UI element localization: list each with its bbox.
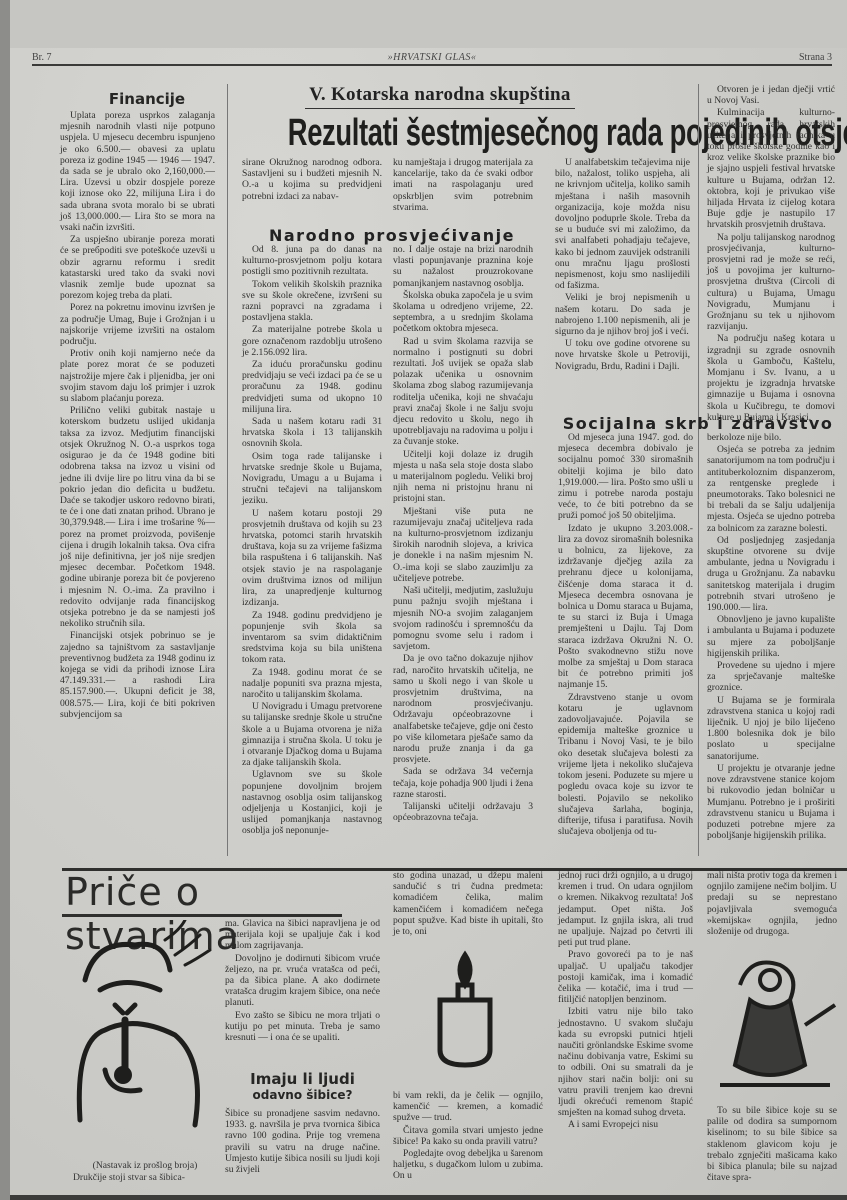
- paragraph: Za iduću proračunsku godinu predvidjaju …: [242, 359, 382, 415]
- paragraph: Od 8. juna pa do danas na kulturno-prosv…: [242, 244, 382, 278]
- paragraph: U analfabetskim tečajevima nije bilo, na…: [555, 157, 690, 291]
- paragraph: Za 1948. godinu morat će se nadalje popu…: [242, 667, 382, 701]
- paragraph: Dovoljno je dodirnuti šibicom vruće želj…: [225, 953, 380, 1009]
- paragraph: Čitava gomila stvari umjesto jedne šibic…: [393, 1125, 543, 1147]
- paragraph: Od mjeseca juna 1947. god. do mjeseca de…: [558, 432, 693, 522]
- paragraph: Talijanski učitelji održavaju 3 općeobra…: [393, 801, 533, 823]
- paragraph: Sada se održava 34 večernja tečaja, koje…: [393, 766, 533, 800]
- paragraph: U našem kotaru postoji 29 prosvjetnih dr…: [242, 508, 382, 609]
- narodno-col2: no. I dalje ostaje na brizi narodnih vla…: [393, 244, 533, 824]
- paragraph: berkoloze nije bilo.: [707, 432, 835, 443]
- paragraph: U Bujama se je formirala zdravstvena sta…: [707, 695, 835, 762]
- paragraph: mali ništa protiv toga da kremen i ognji…: [707, 870, 837, 937]
- paragraph: Prilično veliki gubitak nastaje u koters…: [60, 405, 215, 629]
- lighter-illustration: [420, 945, 510, 1070]
- page-number: Strana 3: [799, 52, 832, 63]
- column-divider: [227, 84, 228, 856]
- paragraph: Protiv onih koji namjerno neće da plate …: [60, 348, 215, 404]
- subhead-line2: odavno šibice?: [225, 1088, 380, 1102]
- price-col1: ma. Glavica na šibici napravljena je od …: [225, 918, 380, 1044]
- price-col2a: sto godina unazad, u džepu maleni sanduč…: [393, 870, 543, 938]
- paragraph: Sada u našem kotaru radi 31 hrvatska ško…: [242, 416, 382, 450]
- narodno-col1: Od 8. juna pa do danas na kulturno-prosv…: [242, 244, 382, 838]
- paragraph: Uplata poreza usprkos zalaganja mjesnih …: [60, 110, 215, 233]
- paragraph: ma. Glavica na šibici napravljena je od …: [225, 918, 380, 952]
- paragraph: Školska obuka započela je u svim školama…: [393, 290, 533, 335]
- article-col3: U analfabetskim tečajevima nije bilo, na…: [555, 157, 690, 373]
- article-headline: Rezultati šestmjesečnog rada pojedinih o…: [288, 112, 626, 154]
- running-header: Br. 7 »HRVATSKI GLAS« Strana 3: [32, 52, 832, 66]
- paragraph: Za uspješno ubiranje poreza morati će se…: [60, 234, 215, 301]
- financije-column: Uplata poreza usprkos zalaganja mjesnih …: [60, 110, 215, 721]
- paragraph: U Novigradu i Umagu pretvorene su talija…: [242, 701, 382, 768]
- price-col4b: To su bile šibice koje su se palile od d…: [707, 1105, 837, 1184]
- paragraph: Da je ovo tačno dokazuje njihov rad, nar…: [393, 653, 533, 765]
- page-top-margin: [10, 0, 847, 48]
- paragraph: Za materijalne potrebe škola u gore ozna…: [242, 324, 382, 358]
- subhead-imaju: Imaju li ljudi odavno šibice?: [225, 1070, 380, 1102]
- paragraph: To su bile šibice koje su se palile od d…: [707, 1105, 837, 1183]
- paragraph: Veliki je broj nepismenih u našem kotaru…: [555, 292, 690, 337]
- paragraph: Mještani više puta ne razumijevaju znača…: [393, 506, 533, 584]
- paragraph: Tokom velikih školskih praznika sve su š…: [242, 279, 382, 324]
- paragraph: Kulminacija kulturno-prosvjetnog rada hr…: [707, 107, 835, 230]
- article-right-col: Otvoren je i jedan dječji vrtić u Novoj …: [707, 84, 835, 424]
- paragraph: Izbiti vatru nije bilo tako jednostavno.…: [558, 1006, 693, 1118]
- price-col2b: bi vam rekli, da je čelik — ognjilo, kam…: [393, 1090, 543, 1183]
- column-divider: [698, 84, 699, 856]
- paragraph: Provedene su ujedno i mjere za sprječava…: [707, 660, 835, 694]
- paragraph: Financijski otsjek pobrinuo se je zajedn…: [60, 630, 215, 720]
- financije-title: Financije: [72, 90, 222, 108]
- socijalna-col2: berkoloze nije bilo. Osjeća se potreba z…: [707, 432, 835, 842]
- paragraph: Od posljednjeg zasjedanja skupštine otvo…: [707, 535, 835, 613]
- paragraph: Šibice su pronadjene sasvim nedavno. 193…: [225, 1108, 380, 1175]
- paragraph: Na polju talijanskog narodnog prosvjećiv…: [707, 232, 835, 333]
- section-title: Socijalna skrb i zdravstvo: [558, 414, 838, 433]
- paragraph: Za 1948. godinu predvidjeno je popunjenj…: [242, 610, 382, 666]
- price-col3: jednoj ruci drži ognjilo, a u drugoj kre…: [558, 870, 693, 1132]
- paragraph: ku namještaja i drugog materijala za kan…: [393, 157, 533, 213]
- paragraph: Evo zašto se šibicu ne mora trljati o ku…: [225, 1010, 380, 1044]
- price-col4a: mali ništa protiv toga da kremen i ognji…: [707, 870, 837, 938]
- paragraph: Otvoren je i jedan dječji vrtić u Novoj …: [707, 84, 835, 106]
- paragraph: Izdato je ukupno 3.203.008.- lira za dov…: [558, 523, 693, 691]
- subhead-line1: Imaju li ljudi: [225, 1070, 380, 1088]
- paragraph: Naši učitelji, medjutim, zaslužuju punu …: [393, 585, 533, 652]
- paragraph: Uglavnom sve su škole popunjene dovoljni…: [242, 769, 382, 836]
- paragraph: U toku ove godine otvorene su nove hrvat…: [555, 338, 690, 372]
- paragraph: jednoj ruci drži ognjilo, a u drugoj kre…: [558, 870, 693, 948]
- paragraph: Osjeća se potreba za jednim sanatorijumo…: [707, 444, 835, 534]
- alchemist-illustration: [710, 945, 840, 1095]
- paragraph: A i sami Evropejci nisu: [558, 1119, 693, 1130]
- paragraph: no. I dalje ostaje na brizi narodnih vla…: [393, 244, 533, 289]
- caption-continuation: Drukčije stoji stvar sa šibica-: [65, 1172, 225, 1183]
- paragraph: Rad u svim školama razvija se normalno i…: [393, 336, 533, 448]
- price-col1b: Šibice su pronadjene sasvim nedavno. 193…: [225, 1108, 380, 1176]
- paragraph: sto godina unazad, u džepu maleni sanduč…: [393, 870, 543, 937]
- illustration-caption: (Nastavak iz prošlog broja): [65, 1160, 225, 1171]
- page-bottom-edge: [10, 1195, 847, 1200]
- section-title: Narodno prosvjećivanje: [242, 226, 542, 245]
- article-intro-col1: sirane Okružnog narodnog odbora. Sastavl…: [242, 157, 382, 203]
- article-intro-col2: ku namještaja i drugog materijala za kan…: [393, 157, 533, 214]
- paragraph: Pogledajte ovog debeljka u šarenom halje…: [393, 1148, 543, 1182]
- paragraph: bi vam rekli, da je čelik — ognjilo, kam…: [393, 1090, 543, 1124]
- section-rule: [62, 914, 342, 917]
- paragraph: sirane Okružnog narodnog odbora. Sastavl…: [242, 157, 382, 202]
- paper-name: »HRVATSKI GLAS«: [32, 52, 832, 63]
- fat-man-smoking-illustration: [65, 920, 220, 1135]
- paragraph: Osim toga rade talijanske i hrvatske sre…: [242, 451, 382, 507]
- paragraph: U projektu je otvaranje jedne nove zdrav…: [707, 763, 835, 841]
- socijalna-col1: Od mjeseca juna 1947. god. do mjeseca de…: [558, 432, 693, 838]
- paragraph: Zdravstveno stanje u ovom kotaru je ugla…: [558, 692, 693, 838]
- paragraph: Pravo govoreći pa to je naš upaljač. U u…: [558, 949, 693, 1005]
- paragraph: Učitelji koji dolaze iz drugih mjesta u …: [393, 449, 533, 505]
- newspaper-page: Br. 7 »HRVATSKI GLAS« Strana 3 Financije…: [10, 0, 847, 1200]
- article-kicker: V. Kotarska narodna skupština: [305, 84, 575, 109]
- paragraph: Porez na pokretnu imovinu izvršen je za …: [60, 302, 215, 347]
- paragraph: Obnovljeno je javno kupalište i ambulant…: [707, 614, 835, 659]
